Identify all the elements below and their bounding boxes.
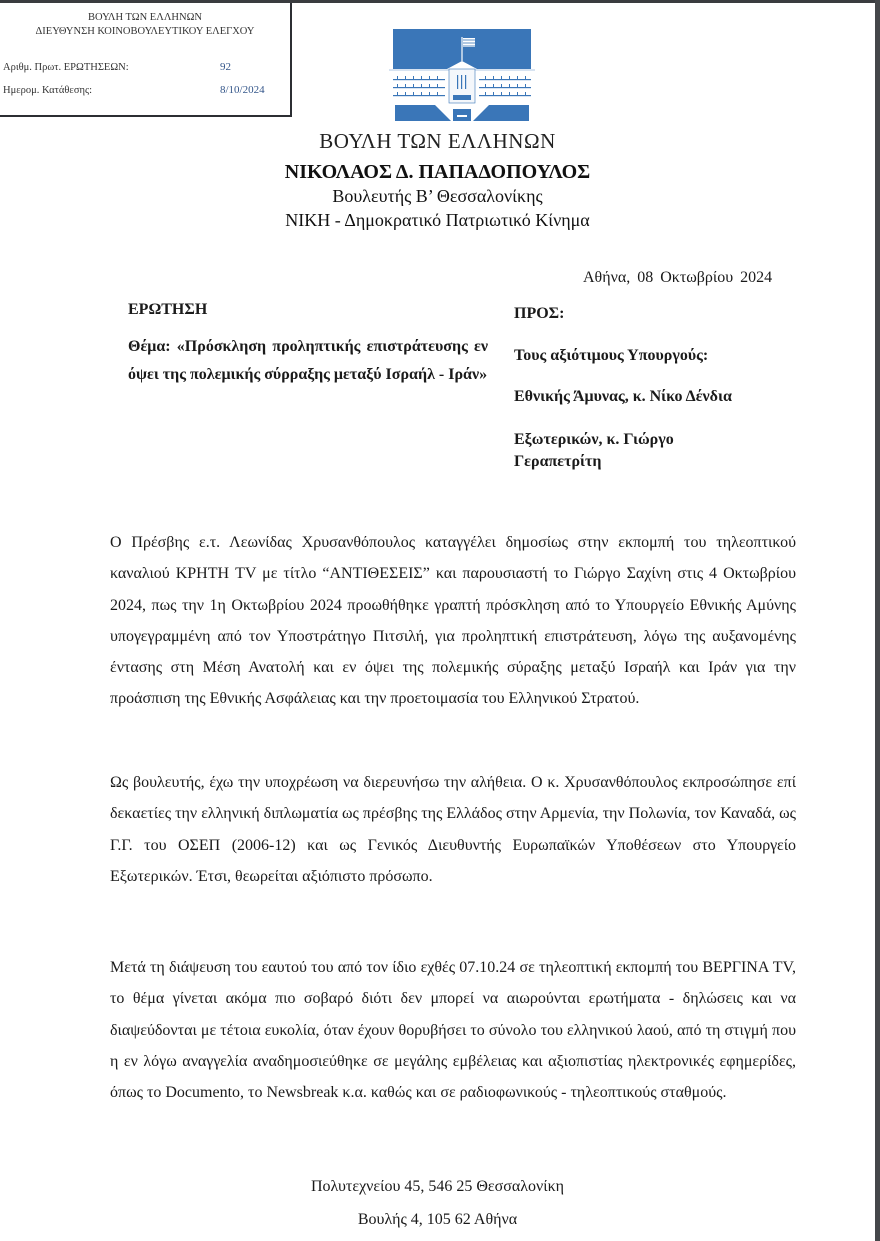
stamp-header-parliament: ΒΟΥΛΗ ΤΩΝ ΕΛΛΗΝΩΝ <box>0 11 290 25</box>
mp-role: Βουλευτής Β’ Θεσσαλονίκης <box>0 186 875 207</box>
mp-name: ΝΙΚΟΛΑΟΣ Δ. ΠΑΠΑΔΟΠΟΥΛΟΣ <box>0 161 875 184</box>
recipient-defence-minister: Εθνικής Άμυνας, κ. Νίκο Δένδια <box>514 388 732 406</box>
question-block: ΕΡΩΤΗΣΗ Θέμα: «Πρόσκληση προληπτικής επι… <box>128 301 488 405</box>
footer-address-thessaloniki: Πολυτεχνείου 45, 546 25 Θεσσαλονίκη <box>0 1178 875 1196</box>
parliament-emblem-icon <box>389 29 535 125</box>
footer-address-athens: Βουλής 4, 105 62 Αθήνα <box>0 1211 875 1229</box>
body-paragraph-1: Ο Πρέσβης ε.τ. Λεωνίδας Χρυσανθόπουλος κ… <box>110 527 796 715</box>
question-subject: Θέμα: «Πρόσκληση προληπτικής επιστράτευσ… <box>128 333 488 389</box>
recipient-foreign-minister: Εξωτερικών, κ. Γιώργο Γεραπετρίτη <box>514 429 714 473</box>
recipients-greeting: Τους αξιότιμους Υπουργούς: <box>514 347 708 365</box>
question-title: ΕΡΩΤΗΣΗ <box>128 301 488 319</box>
document-page: ΒΟΥΛΗ ΤΩΝ ΕΛΛΗΝΩΝ ΔΙΕΥΘΥΝΣΗ ΚΟΙΝΟΒΟΥΛΕΥΤ… <box>0 3 875 1241</box>
viewer-top-edge <box>0 0 880 3</box>
filing-date-value: 8/10/2024 <box>220 84 265 96</box>
protocol-value: 92 <box>220 61 231 73</box>
stamp-header-directorate: ΔΙΕΥΘΥΝΣΗ ΚΟΙΝΟΒΟΥΛΕΥΤΙΚΟΥ ΕΛΕΓΧΟΥ <box>0 25 290 39</box>
registration-stamp: ΒΟΥΛΗ ΤΩΝ ΕΛΛΗΝΩΝ ΔΙΕΥΘΥΝΣΗ ΚΟΙΝΟΒΟΥΛΕΥΤ… <box>0 3 292 117</box>
parliament-title: ΒΟΥΛΗ ΤΩΝ ΕΛΛΗΝΩΝ <box>0 129 875 154</box>
protocol-label: Αριθμ. Πρωτ. ΕΡΩΤΗΣΕΩΝ: <box>3 62 129 73</box>
body-paragraph-3: Μετά τη διάψευση του εαυτού του από τον … <box>110 952 796 1108</box>
mp-party: ΝΙΚΗ - Δημοκρατικό Πατριωτικό Κίνημα <box>0 210 875 231</box>
date-line: Αθήνα, 08 Οκτωβρίου 2024 <box>583 269 772 287</box>
body-paragraph-2: Ως βουλευτής, έχω την υποχρέωση να διερε… <box>110 767 796 892</box>
viewer-scrollbar[interactable] <box>875 0 880 1241</box>
filing-date-label: Ημερομ. Κατάθεσης: <box>3 85 92 96</box>
recipients-label: ΠΡΟΣ: <box>514 305 564 323</box>
